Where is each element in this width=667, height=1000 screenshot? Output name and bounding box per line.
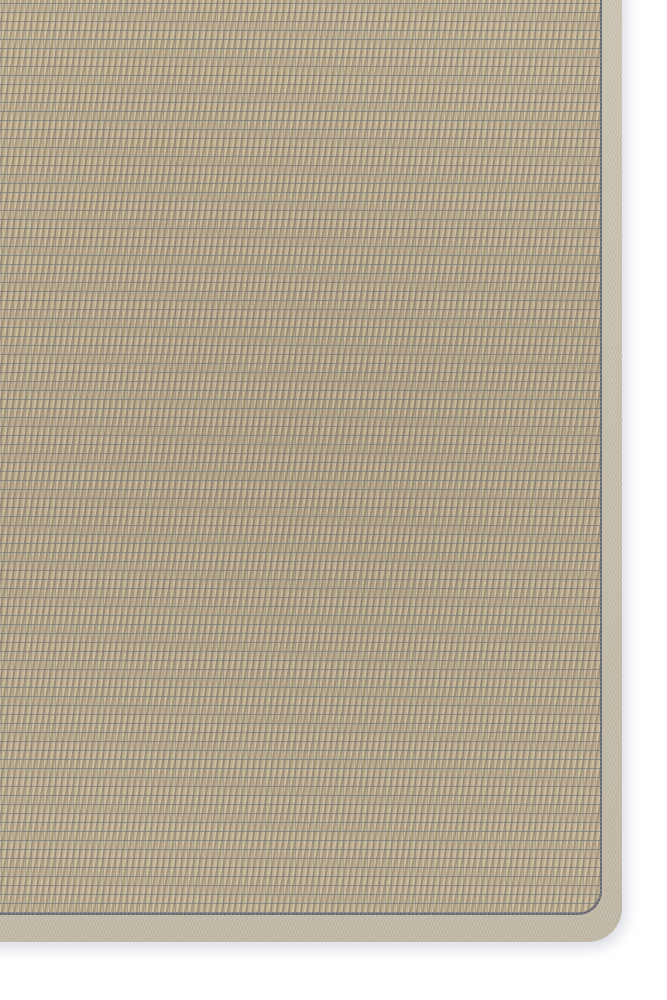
photo-background (0, 0, 667, 1000)
rug (0, 0, 622, 942)
rug-woven-field (0, 0, 602, 915)
